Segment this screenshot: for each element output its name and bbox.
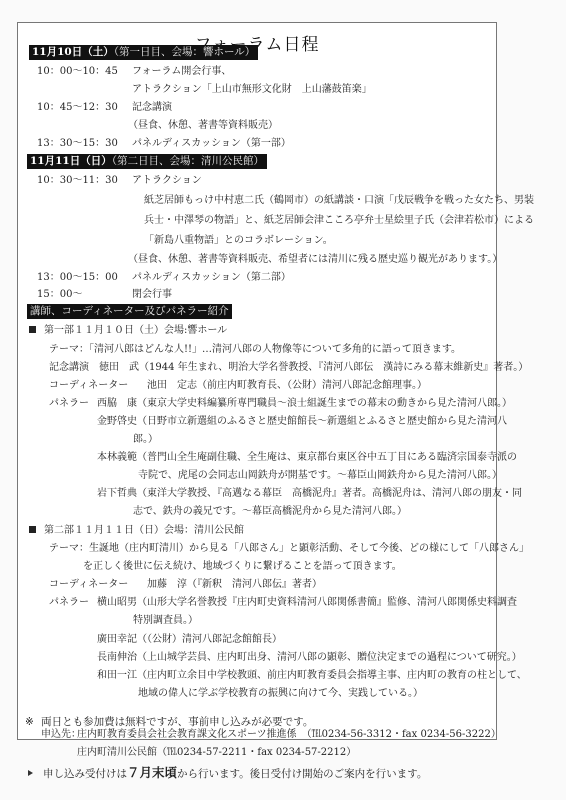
part2-panel-label: パネラー [49, 597, 89, 609]
day1-text-4: （昼食、休憩、著書等資料販売） [128, 120, 278, 132]
day1-time-3: 10：45〜12：30 [37, 102, 118, 114]
day2-time-1: 10：30〜11：30 [37, 175, 118, 187]
part1-panel-label: パネラー [49, 398, 89, 410]
fee-notice-row: ※ 両日とも参加費は無料ですが、事前申し込みが必要です。 [25, 716, 313, 728]
part1-heading: 第一部１１月１０日（土）会場:響ホール [44, 325, 227, 336]
part1-panelist-4: 岩下哲典（東洋大学教授、『高邁なる幕臣 高橋泥舟』著者。高橋泥舟は、清河八郎の朋… [97, 488, 522, 500]
reception-post: から行います。後日受付け開始のご案内を行います。 [177, 768, 427, 780]
part2-panelist-1: 横山昭男（山形大学名誉教授『庄内町史資料清河八郎関係書簡』監修、清河八郎関係史料… [97, 597, 517, 609]
part1-panelist-1: 西脇 康（東京大学史料編纂所専門職員〜浪士組誕生までの幕末の動きから見た清河八郎… [97, 398, 512, 410]
part1-panelist-2-cont: 郎。） [133, 434, 158, 446]
part1-coordinator: 池田 定志（前庄内町教育長、（公財）清河八郎記念館理事。） [147, 380, 427, 392]
day1-text-1: フォーラム開会行事、 [132, 66, 231, 78]
day2-text-3: 兵士・中澤琴の物語」と、紙芝居師会津こころ亭弁士星絵里子氏（会津若松市）による [144, 215, 534, 227]
part2-panelist-3: 長南伸治（上山城学芸員、庄内町出身、清河八郎の顕彰、贈位決定までの過程について研… [97, 652, 522, 664]
fee-notice: 両日とも参加費は無料ですが、事前申し込みが必要です。 [41, 716, 313, 728]
day1-time-5: 13：30〜15：30 [37, 138, 118, 150]
square-bullet-icon [29, 326, 36, 333]
triangle-bullet-icon [28, 770, 33, 776]
part2-heading: 第二部１１月１１日（日）会場：清川公民館 [44, 525, 244, 536]
intro-header: 講師、コーディネーター及びパネラー紹介 [27, 304, 232, 319]
day1-text-2: アトラクション「上山市無形文化財 上山藩鼓笛楽」 [132, 84, 372, 96]
reception-pre: 申し込み受付けは [43, 768, 127, 780]
part1-coordinator-label: コーディネーター [49, 380, 128, 392]
part2-coordinator-label: コーディネーター [49, 579, 128, 591]
square-bullet-icon [29, 526, 36, 533]
day1-time-1: 10：00〜10：45 [37, 66, 118, 78]
part2-panelist-2: 廣田幸記（（公財）清河八郎記念館館長） [97, 634, 282, 646]
day1-text-3: 記念講演 [132, 102, 172, 114]
reception-date: ７月末頃 [127, 765, 177, 780]
day1-venue-note: （第一日目、会場：響ホール） [114, 46, 256, 58]
contact-line-2: 庄内町清川公民館（℡0234-57-2211・fax 0234-57-2212） [77, 747, 356, 759]
part1-panelist-3-cont: 寺院で、虎尾の会同志山岡鉄舟が開基です。〜幕臣山岡鉄舟から見た清河八郎。） [138, 470, 502, 482]
day2-text-1: アトラクション [132, 175, 202, 187]
day1-header: 11月10日（土）（第一日目、会場：響ホール） [29, 45, 258, 60]
part1-panelist-4-cont: 志で、鉄舟の義兄です。〜幕臣高橋泥舟から見た清河八郎。） [133, 506, 407, 518]
part2-theme-cont: を正しく後世に伝え続け、地域づくりに繋げることを語って頂きます。 [83, 561, 402, 573]
day2-text-5: （昼食、休憩、著書等資料販売、希望者には清川に残る歴史巡り観光があります。） [128, 254, 502, 266]
part2-theme: テーマ：生誕地（庄内町清川）から見る「八郎さん」と顕彰活動、そして今後、どの様に… [49, 543, 529, 555]
document-frame: フォーラム日程 11月10日（土）（第一日目、会場：響ホール） 10：00〜10… [17, 22, 497, 740]
part1-panelist-2: 金野啓史（日野市立新選組のふるさと歴史館館長〜新選組とふるさと歴史館から見た清河… [97, 416, 507, 428]
day2-text-2: 紙芝居師もっけ中村恵二氏（鶴岡市）の紙講談・口演「戊辰戦争を戦った女たち、男装 [144, 195, 534, 207]
reception-row: 申し込み受付けは７月末頃から行います。後日受付け開始のご案内を行います。 [28, 767, 427, 780]
part2-panelist-1-cont: 特別調査員。） [133, 615, 198, 627]
day1-text-5: パネルディスカッション（第一部） [132, 138, 291, 150]
part2-panelist-4: 和田一江（庄内町立余目中学校教頭、前庄内町教育委員会指導主事、庄内町の教育の柱と… [97, 670, 527, 682]
part2-coordinator: 加藤 淳（『新釈 清河八郎伝』著者） [147, 579, 322, 591]
contact-line-1: 庄内町教育委員会社会教育課文化スポーツ推進係 （℡0234-56-3312・fa… [77, 729, 501, 741]
day2-header: 11月11日（日）（第二日目、会場：清川公民館） [27, 154, 267, 169]
day1-date: 11月10日（土） [32, 46, 114, 58]
day2-text-7: 閉会行事 [132, 289, 172, 301]
day2-date: 11月11日（日） [30, 155, 112, 167]
day2-text-4: 「新島八重物語」とのコラボレーション。 [144, 235, 333, 247]
day2-text-6: パネルディスカッション（第二部） [132, 272, 291, 284]
part1-panelist-3: 本林義範（普門山全生庵副住職、全生庵は、東京都台東区谷中五丁目にある臨済宗国泰寺… [97, 452, 517, 464]
reference-mark-icon: ※ [25, 716, 34, 728]
contact-label: 申込先： [41, 729, 81, 741]
day2-venue-note: （第二日目、会場：清川公民館） [112, 155, 264, 167]
day2-time-7: 15：00〜 [37, 289, 82, 301]
day2-time-6: 13：00〜15：00 [37, 272, 118, 284]
part2-panelist-4-cont: 地域の偉人に学ぶ学校教育の振興に向けて今、実践している。） [138, 688, 423, 700]
part1-heading-row: 第一部１１月１０日（土）会場:響ホール [29, 325, 227, 337]
part1-theme: テーマ：「清河八郎はどんな人!!」…清河八郎の人物像等について多角的に語って頂き… [49, 344, 461, 356]
part2-heading-row: 第二部１１月１１日（日）会場：清川公民館 [29, 525, 244, 537]
part1-lecture: 記念講演 徳田 武（1944 年生まれ、明治大学名誉教授、『清河八郎伝 漢詩にみ… [49, 362, 528, 374]
